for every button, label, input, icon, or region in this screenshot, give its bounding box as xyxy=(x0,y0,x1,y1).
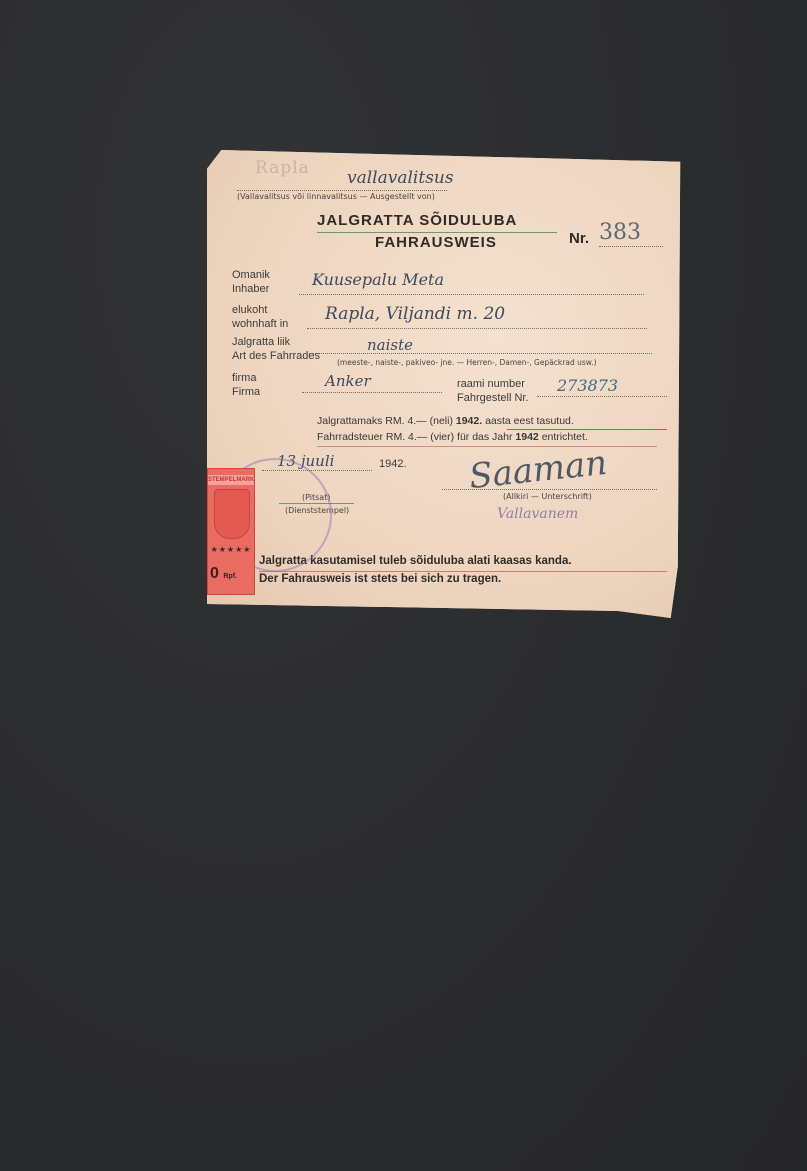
tax-de-post: entrichtet. xyxy=(542,431,588,443)
tax-line-et: Jalgrattamaks RM. 4.— (neli) 1942. aasta… xyxy=(317,415,574,427)
stamp-band-text: STEMPELMARK xyxy=(208,475,254,485)
residence-label-de: wohnhaft in xyxy=(232,318,288,330)
type-value: naiste xyxy=(367,336,413,354)
stamp-value: 0 Rpf. xyxy=(210,565,237,583)
stamp-value-unit: Rpf. xyxy=(223,573,237,580)
make-value: Anker xyxy=(325,372,371,390)
title-underline xyxy=(317,232,557,233)
frame-label-de: Fahrgestell Nr. xyxy=(457,392,529,404)
stamp-stars-icon: ★★★★★ xyxy=(208,545,254,554)
owner-value: Kuusepalu Meta xyxy=(312,270,444,289)
tax-underline-red xyxy=(507,429,667,430)
tax-line-de: Fahrradsteuer RM. 4.— (vier) für das Jah… xyxy=(317,431,588,443)
stamp-crest-icon xyxy=(214,489,250,539)
residence-line xyxy=(307,328,647,329)
title-german: FAHRAUSWEIS xyxy=(375,234,497,251)
issuer-caption: (Vallavalitsus või linnavalitsus — Ausge… xyxy=(237,192,435,201)
type-label-de: Art des Fahrrades xyxy=(232,350,320,362)
owner-label-et: Omanik xyxy=(232,269,270,281)
role-stamp: Vallavanem xyxy=(497,506,578,522)
tax-et-year: 1942. xyxy=(456,415,482,427)
type-label-et: Jalgratta liik xyxy=(232,336,290,348)
footer-german: Der Fahrausweis ist stets bei sich zu tr… xyxy=(259,573,501,585)
tax-de-pre: Fahrradsteuer RM. 4.— (vier) für das Jah… xyxy=(317,431,512,443)
date-year: 1942. xyxy=(379,458,407,470)
signature-line xyxy=(442,489,657,490)
residence-value: Rapla, Viljandi m. 20 xyxy=(325,304,505,324)
type-hint: (meeste-, naiste-, pakiveo- jne. — Herre… xyxy=(337,358,597,367)
stamp-value-number: 0 xyxy=(210,565,219,582)
owner-label-de: Inhaber xyxy=(232,283,269,295)
issuer-printed-name: Rapla xyxy=(255,158,310,178)
owner-line xyxy=(299,294,644,295)
tax-underline xyxy=(317,446,657,447)
tax-de-year: 1942 xyxy=(515,431,538,443)
revenue-stamp: STEMPELMARK ★★★★★ 0 Rpf. xyxy=(207,468,255,595)
frame-number-value: 273873 xyxy=(557,376,618,395)
number-label: Nr. xyxy=(569,230,589,247)
make-line xyxy=(302,392,442,393)
issuer-line xyxy=(237,190,447,191)
footer-underline xyxy=(259,571,667,572)
tax-et-post: aasta eest tasutud. xyxy=(485,415,574,427)
make-label-et: firma xyxy=(232,372,256,384)
title-estonian: JALGRATTA SÕIDULUBA xyxy=(317,212,517,229)
frame-line xyxy=(537,396,667,397)
residence-label-et: elukoht xyxy=(232,304,267,316)
make-label-de: Firma xyxy=(232,386,260,398)
number-line xyxy=(599,246,663,247)
permit-number: 383 xyxy=(599,220,641,245)
frame-label-et: raami number xyxy=(457,378,525,390)
tax-et-pre: Jalgrattamaks RM. 4.— (neli) xyxy=(317,415,453,427)
type-line xyxy=(307,353,652,354)
signature-label: (Allkiri — Unterschrift) xyxy=(503,492,592,501)
issuer-handwritten: vallavalitsus xyxy=(347,168,454,188)
